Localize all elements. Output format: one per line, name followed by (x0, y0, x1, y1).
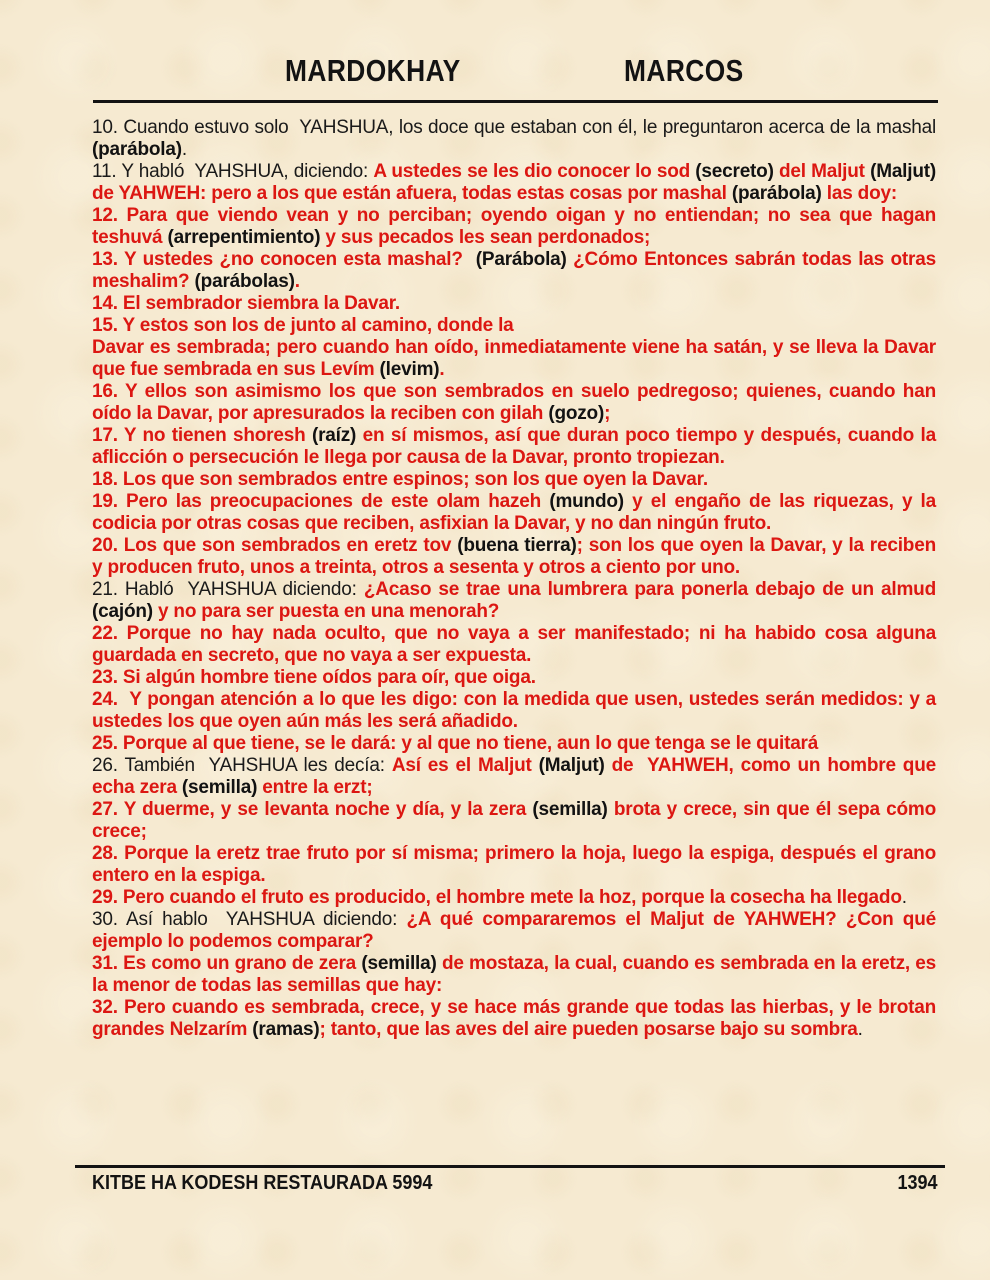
document-page: MARDOKHAY MARCOS 10. Cuando estuvo solo … (0, 0, 990, 1280)
verse-31: 31. Es como un grano de zera (semilla) d… (92, 953, 936, 997)
verse-16-segment: 16. Y ellos son asimismo los que son sem… (92, 381, 941, 424)
verse-23: 23. Si algún hombre tiene oídos para oír… (92, 667, 936, 689)
verse-32-segment: ; tanto, que las aves del aire pueden po… (320, 1019, 858, 1040)
verse-12-segment: y sus pecados les sean perdonados; (325, 227, 650, 248)
verse-26-segment: (Maljut) (539, 755, 612, 776)
verse-24-segment: 24. Y pongan atención a lo que les digo:… (92, 689, 941, 732)
verse-21-segment: 21. Habló YAHSHUA diciendo: (92, 579, 364, 600)
verse-27-segment: (semilla) (532, 799, 614, 820)
verse-20: 20. Los que son sembrados en eretz tov (… (92, 535, 936, 579)
header-title-marcos: MARCOS (624, 56, 744, 86)
verse-13-segment: (parábolas) (195, 271, 295, 292)
verse-25-segment: 25. Porque al que tiene, se le dará: y a… (92, 733, 818, 754)
verse-15-segment: 15. Y estos son los de junto al camino, … (92, 315, 941, 380)
header-rule (93, 100, 938, 103)
verse-19: 19. Pero las preocupaciones de este olam… (92, 491, 936, 535)
verse-18: 18. Los que son sembrados entre espinos;… (92, 469, 936, 491)
verse-23-segment: 23. Si algún hombre tiene oídos para oír… (92, 667, 536, 688)
verse-17: 17. Y no tienen shoresh (raíz) en sí mis… (92, 425, 936, 469)
verse-27: 27. Y duerme, y se levanta noche y día, … (92, 799, 936, 843)
verse-12: 12. Para que viendo vean y no perciban; … (92, 205, 936, 249)
verse-26-segment: (semilla) (182, 777, 262, 798)
verse-11: 11. Y habló YAHSHUA, diciendo: A ustedes… (92, 161, 936, 205)
verse-11-segment: (Maljut) (870, 161, 941, 182)
verse-16-segment: (gozo) (548, 403, 604, 424)
verse-11-segment: 11. Y habló YAHSHUA, diciendo: (92, 161, 373, 182)
verse-25: 25. Porque al que tiene, se le dará: y a… (92, 733, 936, 755)
verse-14-segment: 14. El sembrador siembra la Davar. (92, 293, 400, 314)
verse-11-segment: del Maljut (779, 161, 870, 182)
verse-10-segment: 10. Cuando estuvo solo YAHSHUA, los doce… (92, 117, 941, 138)
verse-27-segment: 27. Y duerme, y se levanta noche y día, … (92, 799, 532, 820)
verse-12-segment: (arrepentimiento) (168, 227, 326, 248)
verse-21-segment: y no para ser puesta en una menorah? (158, 601, 499, 622)
verse-20-segment: (buena tierra) (457, 535, 576, 556)
verse-15-segment: . (439, 359, 444, 380)
verse-15: 15. Y estos son los de junto al camino, … (92, 315, 936, 381)
verse-21: 21. Habló YAHSHUA diciendo: ¿Acaso se tr… (92, 579, 936, 623)
verse-text: 10. Cuando estuvo solo YAHSHUA, los doce… (92, 117, 936, 1041)
verse-30: 30. Así hablo YAHSHUA diciendo: ¿A qué c… (92, 909, 936, 953)
verse-17-segment: 17. Y no tienen shoresh (92, 425, 312, 446)
verse-10-segment: . (182, 139, 187, 160)
verse-28: 28. Porque la eretz trae fruto por sí mi… (92, 843, 936, 887)
verse-22: 22. Porque no hay nada oculto, que no va… (92, 623, 936, 667)
verse-31-segment: 31. Es como un grano de zera (92, 953, 361, 974)
verse-10-segment: (parábola) (92, 139, 182, 160)
verse-31-segment: (semilla) (361, 953, 442, 974)
footer-rule (75, 1165, 945, 1168)
verse-26-segment: 26. También YAHSHUA les decía: (92, 755, 392, 776)
verse-11-segment: las doy: (827, 183, 897, 204)
verse-10: 10. Cuando estuvo solo YAHSHUA, los doce… (92, 117, 936, 161)
verse-13-segment: . (295, 271, 300, 292)
verse-11-segment: (parábola) (732, 183, 827, 204)
verse-15-segment: (levim) (380, 359, 440, 380)
verse-19-segment: (mundo) (549, 491, 632, 512)
verse-17-segment: (raíz) (312, 425, 363, 446)
verse-21-segment: (cajón) (92, 601, 158, 622)
header-title-mardokhay: MARDOKHAY (285, 56, 461, 86)
verse-28-segment: 28. Porque la eretz trae fruto por sí mi… (92, 843, 941, 886)
verse-21-segment: ¿Acaso se trae una lumbrera para ponerla… (364, 579, 941, 600)
verse-16-segment: ; (604, 403, 610, 424)
verse-14: 14. El sembrador siembra la Davar. (92, 293, 936, 315)
verse-24: 24. Y pongan atención a lo que les digo:… (92, 689, 936, 733)
verse-16: 16. Y ellos son asimismo los que son sem… (92, 381, 936, 425)
verse-26: 26. También YAHSHUA les decía: Así es el… (92, 755, 936, 799)
verse-22-segment: 22. Porque no hay nada oculto, que no va… (92, 623, 941, 666)
verse-26-segment: Así es el Maljut (392, 755, 539, 776)
verse-13-segment: 13. Y ustedes ¿no conocen esta mashal? (92, 249, 476, 270)
verse-32: 32. Pero cuando es sembrada, crece, y se… (92, 997, 936, 1041)
verse-13-segment: (Parábola) (476, 249, 573, 270)
verse-11-segment: (secreto) (695, 161, 779, 182)
verse-29-segment: . (902, 887, 907, 908)
verse-18-segment: 18. Los que son sembrados entre espinos;… (92, 469, 708, 490)
verse-32-segment: . (858, 1019, 863, 1040)
verse-11-segment: A ustedes se les dio conocer lo sod (373, 161, 695, 182)
footer-book-title: KITBE HA KODESH RESTAURADA 5994 (92, 1172, 432, 1195)
verse-29-segment: 29. Pero cuando el fruto es producido, e… (92, 887, 902, 908)
verse-32-segment: (ramas) (252, 1019, 319, 1040)
verse-26-segment: entre la erzt; (262, 777, 372, 798)
verse-30-segment: 30. Así hablo YAHSHUA diciendo: (92, 909, 406, 930)
footer-page-number: 1394 (897, 1172, 937, 1195)
verse-29: 29. Pero cuando el fruto es producido, e… (92, 887, 936, 909)
verse-13: 13. Y ustedes ¿no conocen esta mashal? (… (92, 249, 936, 293)
verse-20-segment: 20. Los que son sembrados en eretz tov (92, 535, 457, 556)
verse-19-segment: 19. Pero las preocupaciones de este olam… (92, 491, 549, 512)
verse-11-segment: de YAHWEH: pero a los que están afuera, … (92, 183, 732, 204)
